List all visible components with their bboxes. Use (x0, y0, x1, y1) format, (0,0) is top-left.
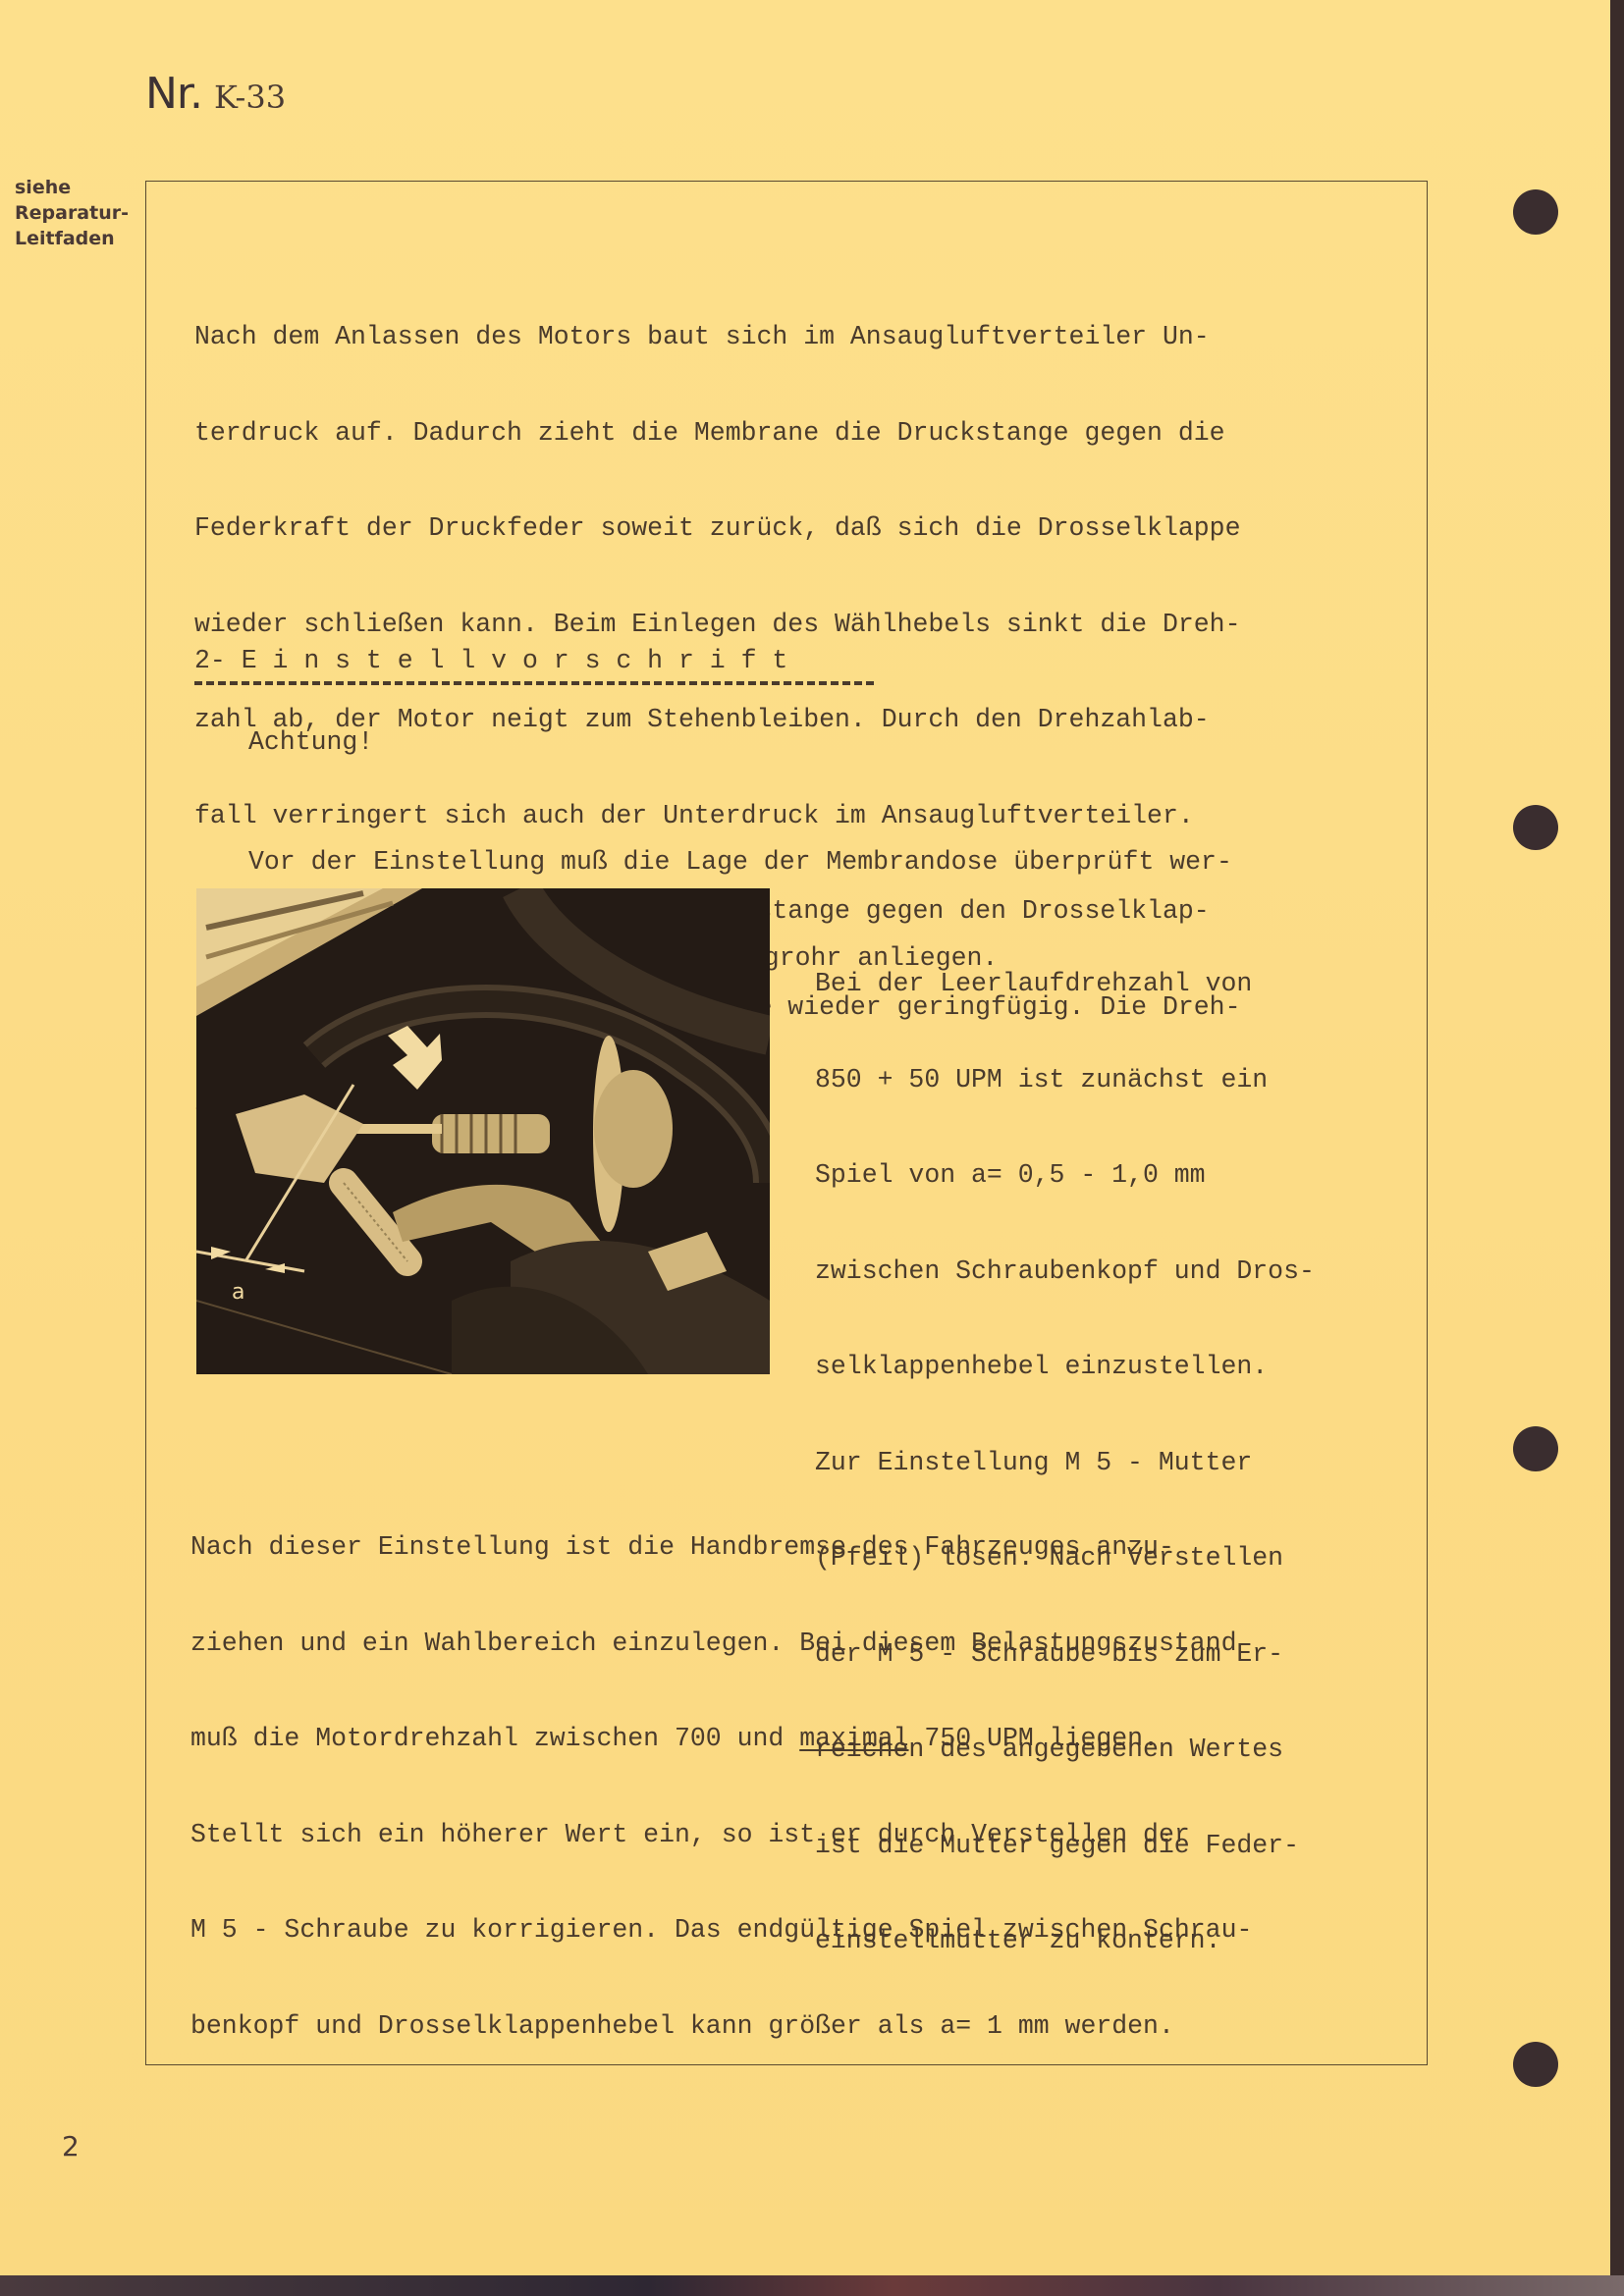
text-line: muß die Motordrehzahl zwischen 700 und m… (190, 1723, 1252, 1755)
text-line: ziehen und ein Wahlbereich einzulegen. B… (190, 1628, 1252, 1660)
text-line: Nach dem Anlassen des Motors baut sich i… (194, 321, 1240, 353)
heading-dashed-rule (194, 681, 874, 685)
margin-note-line: Leitfaden (15, 226, 129, 251)
text-line: zwischen Schraubenkopf und Dros- (815, 1255, 1315, 1288)
text-line: M 5 - Schraube zu korrigieren. Das endgü… (190, 1914, 1252, 1947)
number-label: Nr. (145, 69, 202, 119)
text-line: Vor der Einstellung muß die Lage der Mem… (248, 846, 1232, 879)
text-line: Federkraft der Druckfeder soweit zurück,… (194, 512, 1240, 545)
text-segment: muß die Motordrehzahl zwischen 700 und (190, 1724, 799, 1753)
text-line: Nach dieser Einstellung ist die Handbrem… (190, 1531, 1252, 1564)
number-value: K-33 (214, 79, 286, 116)
page-number: 2 (62, 2130, 80, 2163)
final-paragraph: Nach dieser Einstellung ist die Handbrem… (190, 1468, 1252, 2106)
text-line: Stellt sich ein höherer Wert ein, so ist… (190, 1819, 1252, 1851)
document-number: Nr. K-33 (145, 69, 286, 119)
margin-note-line: siehe (15, 175, 129, 200)
throttle-linkage-photo: a (196, 888, 770, 1374)
text-line: 850 + 50 UPM ist zunächst ein (815, 1064, 1315, 1096)
punch-hole-icon (1513, 805, 1558, 850)
punch-hole-icon (1513, 1426, 1558, 1471)
margin-note-line: Reparatur- (15, 200, 129, 226)
text-line: benkopf und Drosselklappenhebel kann grö… (190, 2010, 1252, 2043)
punch-hole-icon (1513, 189, 1558, 235)
scan-edge-right (1610, 0, 1624, 2296)
emphasis-maximal: maximal (799, 1724, 908, 1753)
text-line: wieder schließen kann. Beim Einlegen des… (194, 609, 1240, 641)
figure-label: a (232, 1280, 244, 1305)
document-page: Nr. K-33 siehe Reparatur- Leitfaden Nach… (0, 0, 1610, 2275)
scan-edge-bottom (0, 2275, 1624, 2296)
section-heading: 2- E i n s t e l l v o r s c h r i f t (194, 645, 787, 676)
text-line: terdruck auf. Dadurch zieht die Membrane… (194, 417, 1240, 450)
warning-title: Achtung! (248, 726, 373, 759)
punch-hole-icon (1513, 2042, 1558, 2087)
text-line: selklappenhebel einzustellen. (815, 1351, 1315, 1383)
text-segment: 750 UPM liegen. (909, 1724, 1159, 1753)
text-line: Bei der Leerlaufdrehzahl von (815, 968, 1315, 1000)
margin-reference-note: siehe Reparatur- Leitfaden (15, 175, 129, 251)
text-line: Spiel von a= 0,5 - 1,0 mm (815, 1159, 1315, 1192)
